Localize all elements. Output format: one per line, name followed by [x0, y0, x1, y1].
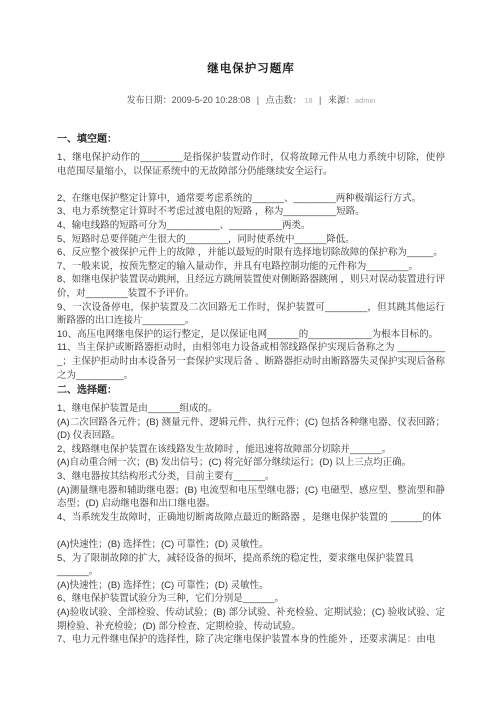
question-text: (A)二次回路各元件；(B) 测量元件、逻辑元件、执行元件；(C) 包括各种继电…	[57, 416, 445, 443]
hits-label: 点击数：	[266, 95, 302, 105]
question-text: 9、一次设备停电，保护装置及二次回路无工作时，保护装置可________，但其跳…	[57, 301, 445, 328]
question-text: 10、高压电网继电保护的运行整定，是以保证电网______的__________…	[57, 328, 445, 342]
question-text: 5、短路时总要伴随产生很大的________，同时使系统中______降低。	[57, 233, 445, 247]
question-text: 7、电力元件继电保护的选择性，除了决定继电保护装置本身的性能外 ，还要求满足：由…	[57, 633, 445, 647]
page-title: 继电保护习题库	[57, 60, 445, 76]
question-section: 二、选择题：1、继电保护装置是由______组成的。(A)二次回路各元件；(B)…	[57, 383, 445, 647]
question-text: 3、电力系统整定计算时不考虑过渡电阻的短路 ，称为__________短路。	[57, 205, 445, 219]
section-heading: 二、选择题：	[57, 383, 445, 398]
question-text: ______。	[57, 565, 445, 579]
question-text: 7、一般来说，按预先整定的输入量动作，并具有电路控制功能的元件称为_______…	[57, 260, 445, 274]
question-text: 4、当系统发生故障时，正确地切断离故障点最近的断路器 ，是继电保护装置的 ___…	[57, 511, 445, 525]
hits-value: 18	[304, 96, 312, 105]
meta-separator: |	[319, 95, 321, 105]
question-section: 一、填空题：1、继电保护动作的________是指保护装置动作时，仅将故障元件从…	[57, 132, 445, 382]
question-text: (A)快速性；(B) 选择性；(C) 可靠性；(D) 灵敏性。	[57, 579, 445, 593]
document-page: 继电保护习题库 发布日期：2009-5-20 10:28:08 | 点击数： 1…	[0, 0, 500, 708]
question-text: 6、继电保护装置试验分为三种，它们分别是______。	[57, 592, 445, 606]
question-text: 6、反应整个被保护元件上的故障 ，并能以最短的时限有选择地切除故障的保护称为__…	[57, 246, 445, 260]
meta-separator: |	[257, 95, 259, 105]
question-text: 4、输电线路的短路可分为__________、__________两类。	[57, 219, 445, 233]
publish-date-value: 2009-5-20 10:28:08	[172, 95, 251, 105]
question-text: 8、如继电保护装置误动跳闸，且经远方跳闸装置使对侧断路器跳闸 ，则只对误动装置进…	[57, 273, 445, 300]
question-text: 5、为了限制故障的扩大，减轻设备的损坏，提高系统的稳定性，要求继电保护装置具	[57, 552, 445, 566]
source-label: 来源：	[328, 95, 355, 105]
question-text: (A)验收试验、全部检验、传动试验；(B) 部分试验、补充检验、定期试验；(C)…	[57, 606, 445, 633]
question-content: 一、填空题：1、继电保护动作的________是指保护装置动作时，仅将故障元件从…	[57, 132, 445, 647]
publish-date-label: 发布日期：	[127, 95, 172, 105]
question-text: (A)快速性；(B) 选择性；(C) 可靠性；(D) 灵敏性。	[57, 538, 445, 552]
meta-line: 发布日期：2009-5-20 10:28:08 | 点击数： 18 | 来源：a…	[57, 93, 445, 106]
section-heading: 一、填空题：	[57, 132, 445, 147]
question-text: 3、继电器按其结构形式分类，目前主要有______。	[57, 470, 445, 484]
question-text: (A)自动重合闸一次；(B) 发出信号；(C) 将完好部分继续运行；(D) 以上…	[57, 456, 445, 470]
source-value: admin	[355, 96, 375, 105]
question-text: 1、继电保护装置是由______组成的。	[57, 402, 445, 416]
question-text: 2、在继电保护整定计算中，通常要考虑系统的______、________两种极端…	[57, 192, 445, 206]
question-text: (A)测量继电器和辅助继电器；(B) 电流型和电压型继电器；(C) 电磁型、感应…	[57, 484, 445, 511]
blank-line	[57, 178, 445, 192]
question-text: 2、线路继电保护装置在该线路发生故障时 ，能迅速将故障部分切除并______。	[57, 443, 445, 457]
question-text: 1、继电保护动作的________是指保护装置动作时，仅将故障元件从电力系统中切…	[57, 151, 445, 178]
question-text: 11、当主保护或断路器拒动时，由相邻电力设备或相邻线路保护实现后备称之为 ___…	[57, 341, 445, 382]
blank-line	[57, 524, 445, 538]
